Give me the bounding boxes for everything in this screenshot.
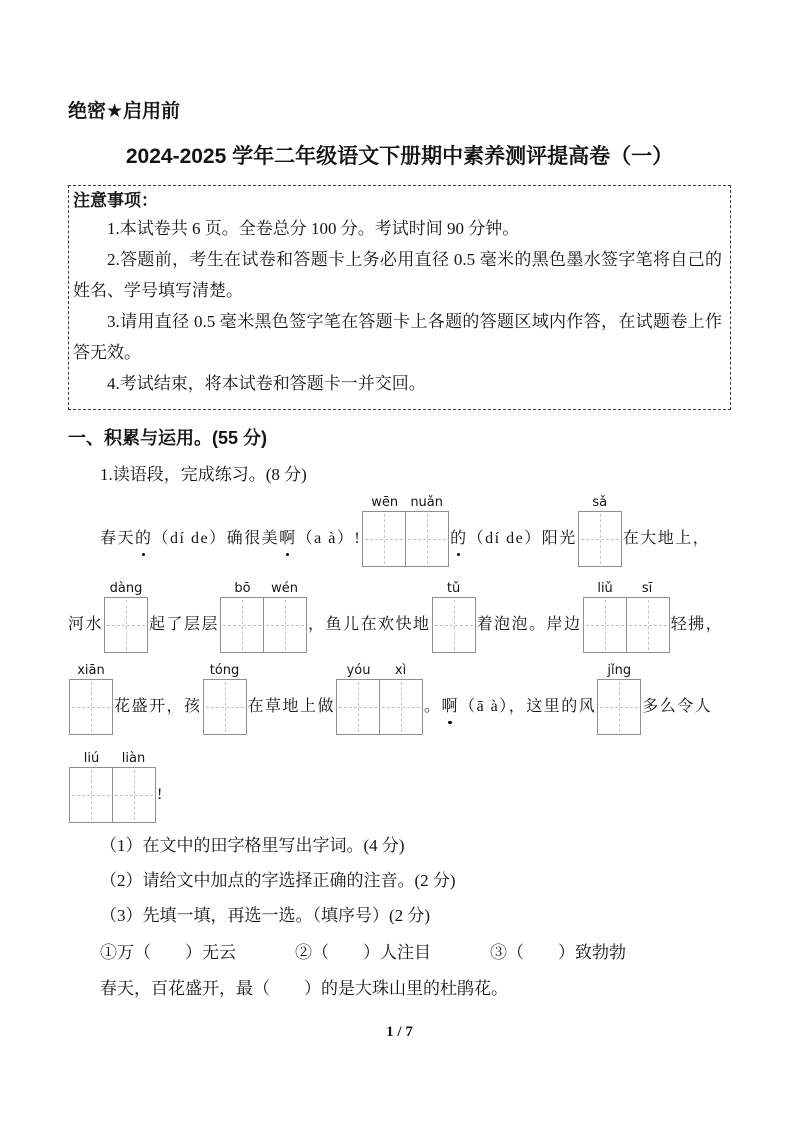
tianzige-cell (70, 768, 112, 822)
tianzige-cell (204, 680, 246, 734)
pinyin-row: liǔ sī (584, 581, 668, 597)
notice-heading: 注意事项： (73, 189, 722, 213)
text-run: ，鱼儿在欢快地 (308, 614, 431, 653)
text-run: （a à）! (297, 528, 362, 567)
option-item: ②（ ）人注目 (295, 941, 490, 965)
dotted-char: 的 (135, 528, 153, 567)
notice-item: 1.本试卷共 6 页。全卷总分 100 分。考试时间 90 分钟。 (73, 213, 722, 244)
tianzige-cell (105, 598, 147, 652)
text-run: 在大地上， (623, 528, 711, 567)
tianzige-group: bō wén (220, 581, 307, 653)
text-run: 河水 (68, 614, 103, 653)
text-run: 在草地上做 (248, 696, 336, 735)
notice-item: 4.考试结束，将本试卷和答题卡一并交回。 (73, 368, 722, 399)
tianzige-group: sǎ (578, 495, 622, 567)
tianzige-cell (433, 598, 475, 652)
pinyin-label: xì (380, 663, 422, 679)
text-run: ! (157, 784, 164, 823)
section-heading: 一、积累与运用。(55 分) (68, 426, 731, 450)
tianzige-cells (104, 597, 148, 653)
pinyin-row: wēn nuǎn (364, 495, 448, 511)
tianzige-cells (432, 597, 476, 653)
tianzige-cells (69, 767, 156, 823)
text-run: 着泡泡。岸边 (477, 614, 582, 653)
option-item: ③（ ）致勃勃 (490, 941, 626, 965)
tianzige-group: tóng (203, 663, 247, 735)
tianzige-group: liǔ sī (583, 581, 670, 653)
text-run: 花盛开，孩 (114, 696, 202, 735)
tianzige-cells (597, 679, 641, 735)
text-run: 春天 (100, 528, 135, 567)
tianzige-group: xiān (69, 663, 113, 735)
pinyin-row: dàng (105, 581, 147, 597)
exam-title: 2024-2025 学年二年级语文下册期中素养测评提高卷（一） (68, 144, 731, 170)
tianzige-cell (221, 598, 263, 652)
notice-item: 2.答题前，考生在试卷和答题卡上务必用直径 0.5 毫米的黑色墨水签字笔将自己的… (73, 244, 722, 306)
pinyin-row: sǎ (579, 495, 621, 511)
notice-item: 3.请用直径 0.5 毫米黑色签字笔在答题卡上各题的答题区域内作答，在试题卷上作… (73, 306, 722, 368)
pinyin-row: tóng (204, 663, 246, 679)
tianzige-group: yóu xì (336, 663, 423, 735)
pinyin-row: jǐng (598, 663, 640, 679)
pinyin-label: wēn (364, 495, 406, 511)
pinyin-label: liàn (113, 751, 155, 767)
passage-line: xiān 花盛开，孩 tóng 在草地上做 yóu xì (68, 663, 731, 735)
tianzige-cells (578, 511, 622, 567)
text-run: 起了层层 (149, 614, 219, 653)
tianzige-cell (363, 512, 405, 566)
tianzige-cells (220, 597, 307, 653)
classified-banner: 绝密★启用前 (68, 100, 731, 124)
text-run: （dí de）确很美 (153, 528, 280, 567)
options-row: ①万（ ）无云 ②（ ）人注目 ③（ ）致勃勃 (100, 941, 731, 965)
exam-page: 绝密★启用前 2024-2025 学年二年级语文下册期中素养测评提高卷（一） 注… (0, 0, 793, 1122)
tianzige-cell (584, 598, 626, 652)
passage-line: 河水 dàng 起了层层 bō wén ，鱼儿在欢 (68, 581, 731, 653)
pinyin-row: liú liàn (71, 751, 155, 767)
tianzige-cell (112, 768, 155, 822)
tianzige-group: liú liàn (69, 751, 156, 823)
pinyin-row: yóu xì (338, 663, 422, 679)
dotted-char: 的 (450, 528, 468, 567)
text-run: 轻拂， (671, 614, 724, 653)
sub-question-3: （3）先填一填，再选一选。（填序号）(2 分) (100, 904, 731, 928)
dotted-char: 啊 (279, 528, 297, 567)
text-run: 。 (424, 696, 442, 735)
text-run: 多么令人 (642, 696, 712, 735)
tianzige-cells (336, 679, 423, 735)
pinyin-label: sī (626, 581, 668, 597)
pinyin-label: jǐng (598, 663, 640, 679)
tianzige-cells (362, 511, 449, 567)
pinyin-label: sǎ (579, 495, 621, 511)
pinyin-label: dàng (105, 581, 147, 597)
pinyin-label: liǔ (584, 581, 626, 597)
tianzige-cell (579, 512, 621, 566)
pinyin-label: tóng (204, 663, 246, 679)
tianzige-group: tǔ (432, 581, 476, 653)
tianzige-group: jǐng (597, 663, 641, 735)
tianzige-cell (626, 598, 669, 652)
pinyin-label: wén (264, 581, 306, 597)
pinyin-row: xiān (70, 663, 112, 679)
tianzige-cell (379, 680, 422, 734)
page-number: 1 / 7 (68, 1023, 731, 1041)
pinyin-row: tǔ (433, 581, 475, 597)
tianzige-cell (337, 680, 379, 734)
question-label: 1.读语段，完成练习。(8 分) (100, 463, 731, 487)
passage: 春天 的 （dí de）确很美 啊 （a à）! wēn nuǎn 的 （dí … (68, 495, 731, 823)
tianzige-cell (263, 598, 306, 652)
tianzige-cells (583, 597, 670, 653)
sub-question-1: （1）在文中的田字格里写出字词。(4 分) (100, 834, 731, 858)
pinyin-label: liú (71, 751, 113, 767)
dotted-char: 啊 (442, 696, 460, 735)
pinyin-label: nuǎn (406, 495, 448, 511)
text-run: （dí de）阳光 (468, 528, 577, 567)
tianzige-cell (70, 680, 112, 734)
fill-sentence: 春天，百花盛开，最（ ）的是大珠山里的杜鹃花。 (100, 977, 731, 1001)
tianzige-group: wēn nuǎn (362, 495, 449, 567)
pinyin-row: bō wén (222, 581, 306, 597)
tianzige-cell (598, 680, 640, 734)
pinyin-label: xiān (70, 663, 112, 679)
option-item: ①万（ ）无云 (100, 941, 295, 965)
text-run: （ā à），这里的风 (459, 696, 596, 735)
passage-line: liú liàn ! (68, 751, 731, 823)
tianzige-cells (69, 679, 113, 735)
passage-line: 春天 的 （dí de）确很美 啊 （a à）! wēn nuǎn 的 （dí … (100, 495, 731, 567)
tianzige-group: dàng (104, 581, 148, 653)
pinyin-label: yóu (338, 663, 380, 679)
tianzige-cells (203, 679, 247, 735)
tianzige-cell (405, 512, 448, 566)
sub-question-2: （2）请给文中加点的字选择正确的注音。(2 分) (100, 869, 731, 893)
notice-box: 注意事项： 1.本试卷共 6 页。全卷总分 100 分。考试时间 90 分钟。 … (68, 185, 731, 410)
pinyin-label: bō (222, 581, 264, 597)
pinyin-label: tǔ (433, 581, 475, 597)
